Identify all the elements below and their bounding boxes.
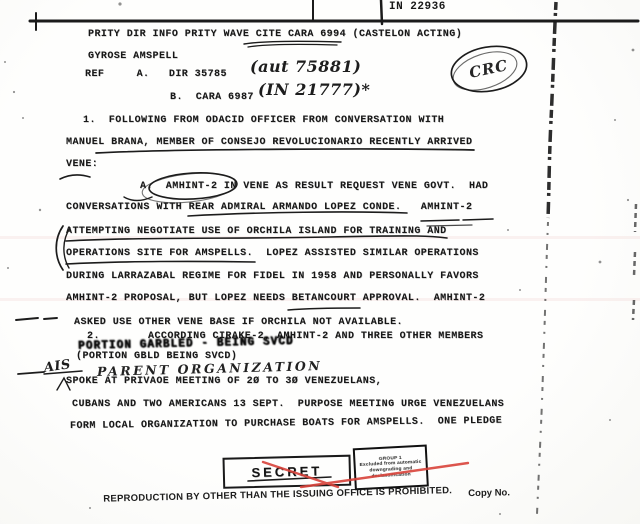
secret-label: SECRET	[251, 463, 322, 480]
secret-classification-stamp: SECRET	[222, 455, 351, 489]
copy-number-label: Copy No.	[468, 487, 510, 499]
reproduction-notice: REPRODUCTION BY OTHER THAN THE ISSUING O…	[103, 485, 452, 505]
footer-area: SECRET GROUP 1 Excluded from automatic d…	[0, 0, 640, 524]
group-stamp-line: declassification	[372, 472, 411, 480]
group1-declassification-stamp: GROUP 1 Excluded from automatic downgrad…	[353, 445, 429, 491]
scanned-cable-document: IN 22936 CRC PRITY DIR INFO PRITY WAVE C…	[0, 0, 640, 524]
